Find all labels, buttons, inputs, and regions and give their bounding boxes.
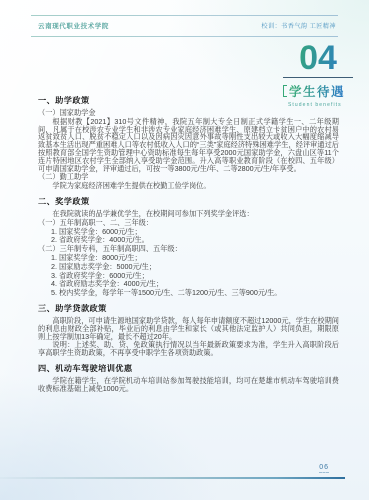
chapter-underline xyxy=(283,77,353,78)
paragraph-scholarship-intro: 在我院就读的品学兼优学生，在校期间可参加下列奖学金评选： xyxy=(38,210,339,218)
subheading-three-year-and-grades45: （二）三年制专科，五年制高职四、五年级： xyxy=(38,245,339,253)
header-top-divider xyxy=(31,15,338,16)
document-body: 一、助学政策 （一）国家助学金 根据财教【2021】310号文件精神，我院五年制… xyxy=(38,96,339,394)
list-item-national-encouragement-5000: 2. 国家励志奖学金：5000元/生； xyxy=(51,263,339,271)
section-heading-driving-discount: 四、机动车驾驶培训优惠 xyxy=(38,364,339,374)
school-name: 云南现代职业技术学院 xyxy=(38,21,109,30)
subheading-work-study: （二）勤工助学 xyxy=(38,173,339,181)
subheading-five-year-grades123: （一）五年制高职一、二、三年级： xyxy=(38,219,339,227)
footer-divider xyxy=(0,477,345,480)
page-header: 云南现代职业技术学院 校训：书香气韵 工匠精神 xyxy=(38,21,336,30)
list-item-national-scholarship-6000: 1. 国家奖学金：6000元/生； xyxy=(51,228,339,236)
paragraph-national-grant: 根据财教【2021】310号文件精神，我院五年制大专全日制正式学籍学生一、二年级… xyxy=(38,118,339,173)
list-item-provincial-scholarship-4000: 2. 省政府奖学金：4000元/生。 xyxy=(51,236,339,244)
section-heading-scholarship-policy: 二、奖学政策 xyxy=(38,197,339,207)
paragraph-loan-detail: 高职阶段，可申请生源地国家助学贷款，每人每年申请额度不超过12000元，学生在校… xyxy=(38,317,339,340)
list-item-campus-scholarship: 5. 校内奖学金，每学年一等1500元/生、二等1200元/生、三等900元/生… xyxy=(51,289,339,297)
list-item-provincial-encouragement-4000: 4. 省政府励志奖学金：4000元/生； xyxy=(51,280,339,288)
brochure-page: 云南现代职业技术学院 校训：书香气韵 工匠精神 04 学生待遇 Student … xyxy=(0,0,369,500)
header-bottom-divider xyxy=(31,36,338,37)
subheading-national-grant: （一）国家助学金 xyxy=(38,109,339,117)
section-heading-loan-policy: 三、助学贷款政策 xyxy=(38,304,339,314)
paragraph-driving-discount: 学院在籍学生，在学院机动车培训站参加驾驶技能培训，均可在楚雄市机动车驾驶培训费收… xyxy=(38,377,339,393)
school-motto: 校训：书香气韵 工匠精神 xyxy=(261,21,336,30)
list-item-national-scholarship-8000: 1. 国家奖学金：8000元/生； xyxy=(51,254,339,262)
paragraph-loan-note: 说明：上述奖、助、贷、免政策执行情况以当年最新政策要求为准，学生升入高职阶段后享… xyxy=(38,341,339,357)
chapter-number: 04 xyxy=(283,40,353,76)
paragraph-work-study: 学院为家庭经济困难学生提供在校勤工俭学岗位。 xyxy=(38,182,339,190)
list-item-provincial-scholarship-6000: 3. 省政府奖学金：6000元/生； xyxy=(51,272,339,280)
section-heading-aid-policy: 一、助学政策 xyxy=(38,96,339,106)
page-number: 06 xyxy=(319,464,329,473)
